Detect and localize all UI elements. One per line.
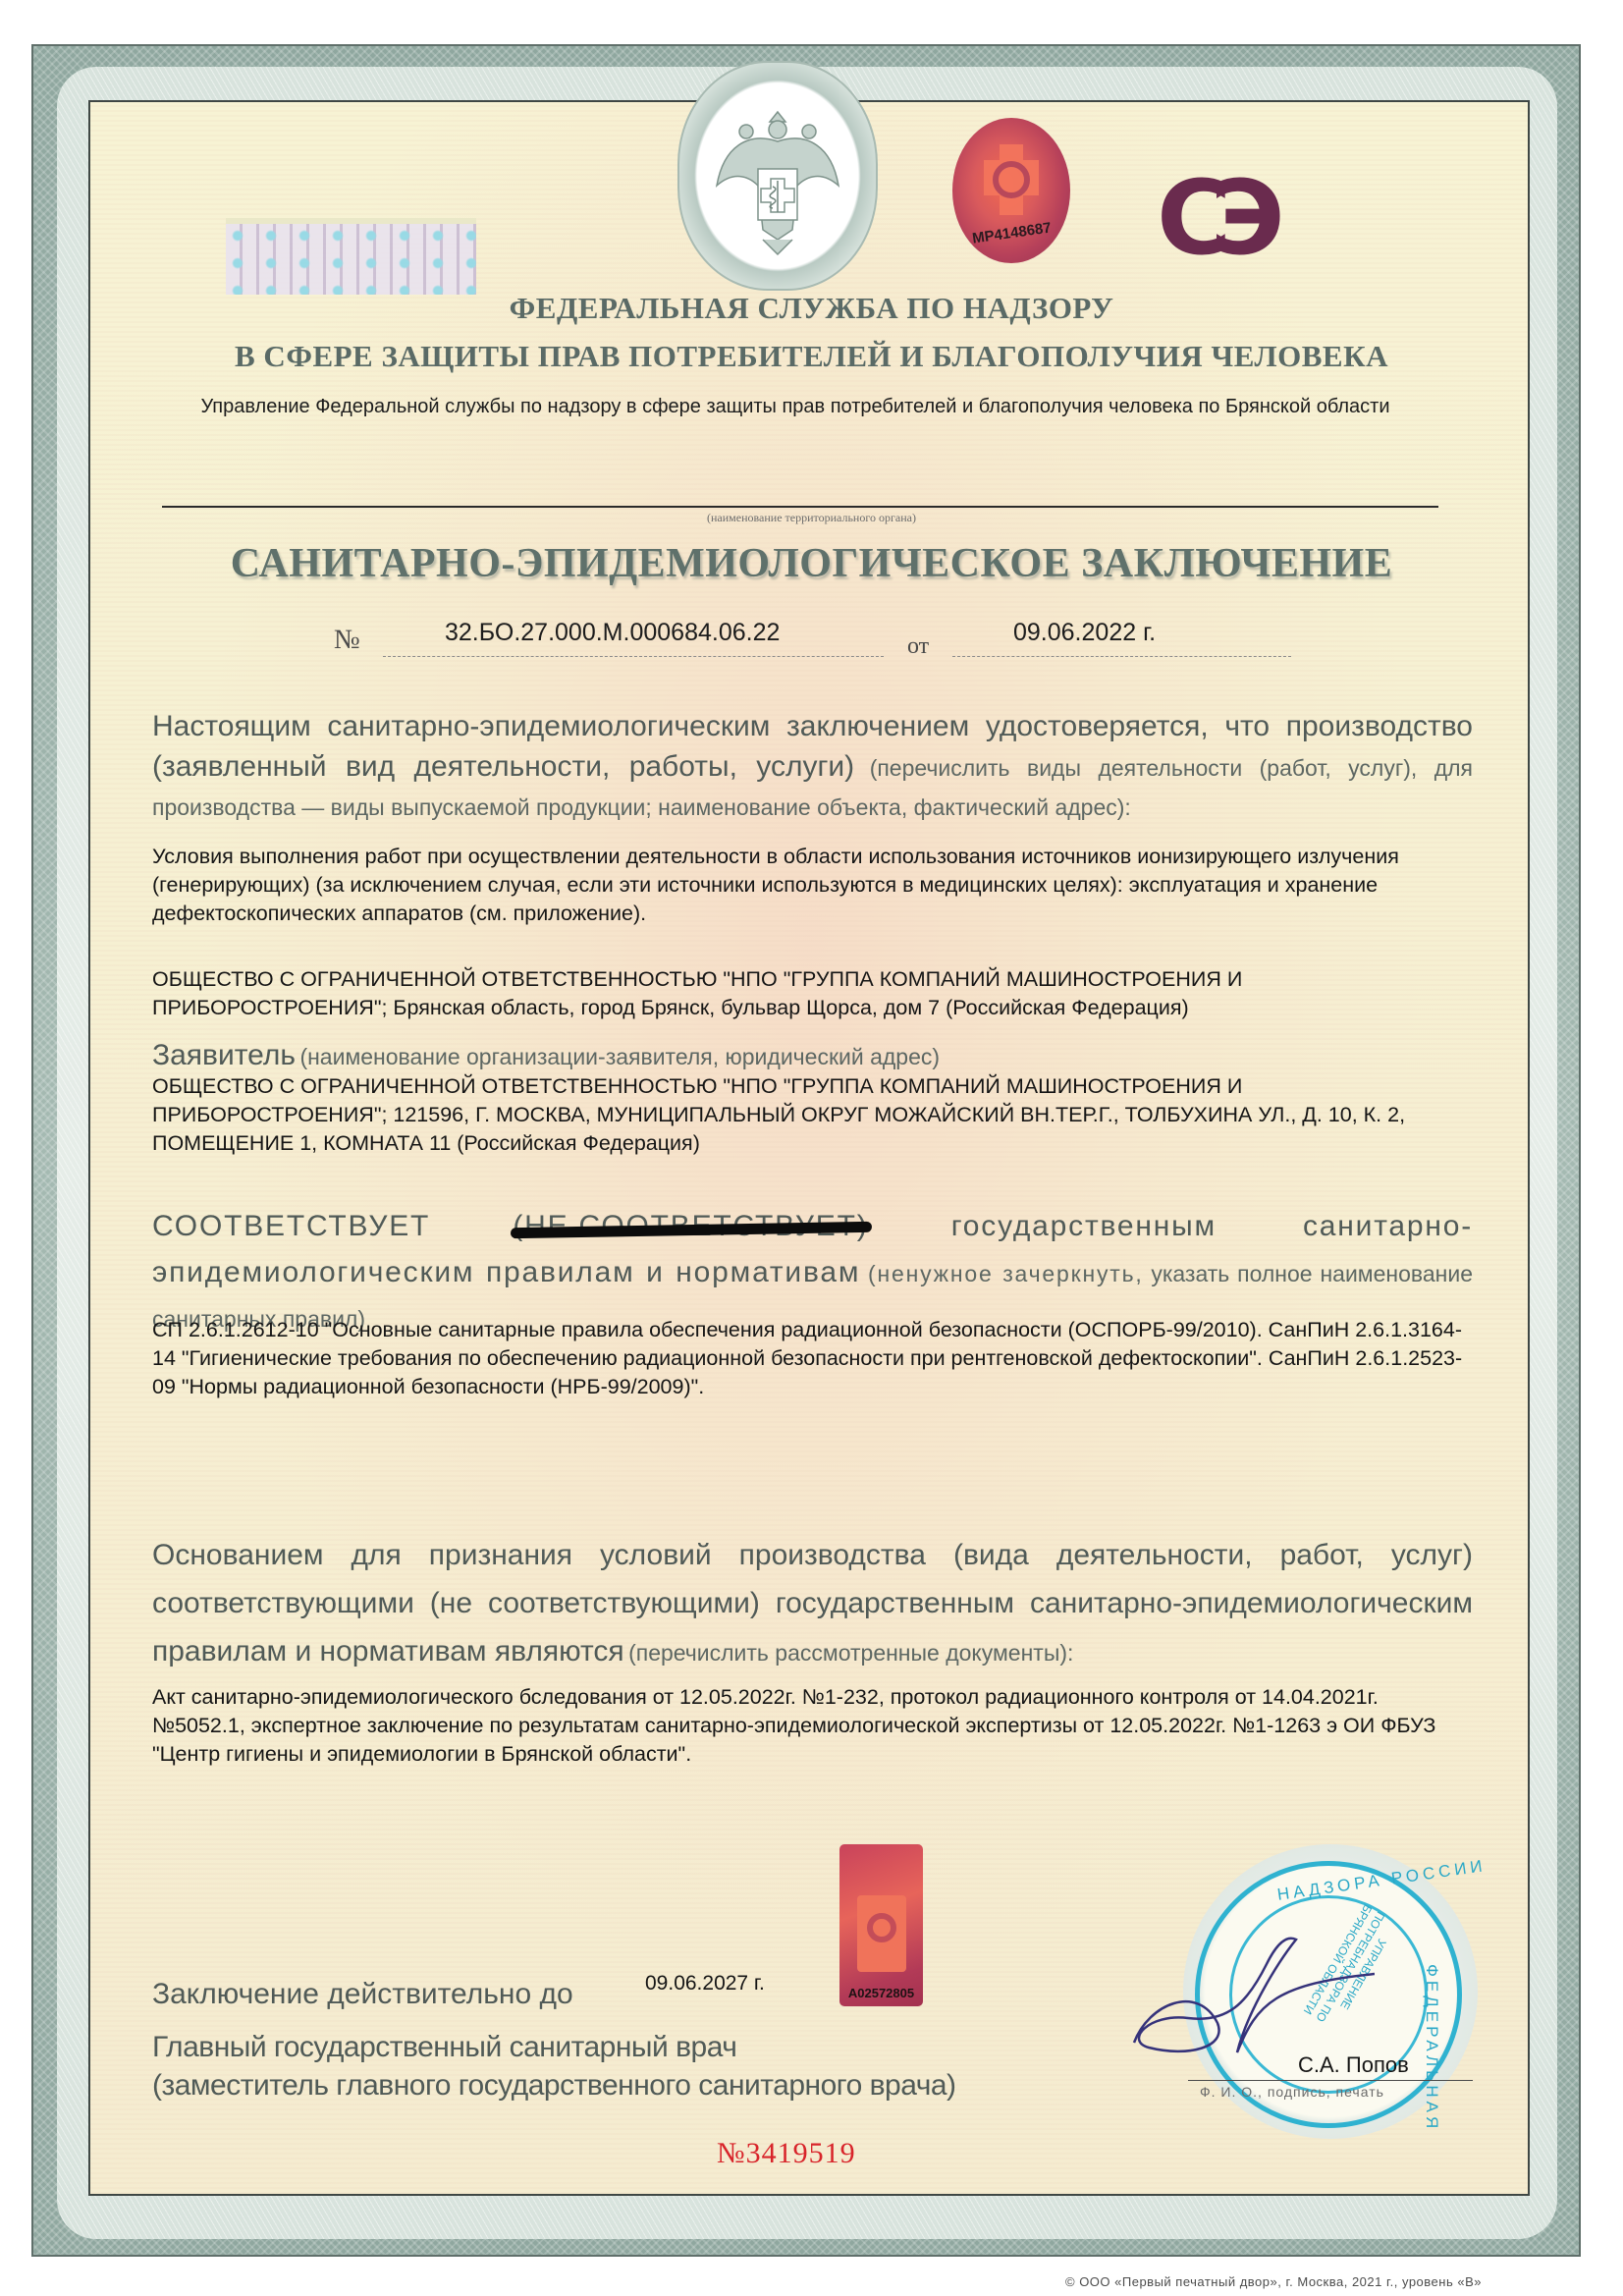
compliance-status: СООТВЕТСТВУЕТ <box>152 1210 430 1242</box>
printer-note: © ООО «Первый печатный двор», г. Москва,… <box>1065 2274 1482 2289</box>
applicant-value: ОБЩЕСТВО С ОГРАНИЧЕННОЙ ОТВЕТСТВЕННОСТЬЮ… <box>152 1072 1473 1158</box>
number-label: № <box>334 625 360 656</box>
sanitary-rules: СП 2.6.1.2612-10 "Основные санитарные пр… <box>152 1316 1473 1401</box>
rospotrebnadzor-cross-icon <box>972 140 1051 219</box>
double-headed-eagle-icon <box>709 92 846 259</box>
signatory-title-deputy: (заместитель главного государственного с… <box>152 2069 956 2103</box>
signer-name: С.А. Попов <box>1298 2052 1409 2078</box>
seal-text-right: ФЕДЕРАЛЬНАЯ <box>1422 1964 1441 2132</box>
document-date: 09.06.2022 г. <box>1013 619 1156 647</box>
territorial-body: Управление Федеральной службы по надзору… <box>137 393 1453 420</box>
handwritten-signature-icon <box>1129 1925 1375 2062</box>
compliance-struck-status: (НЕ СООТВЕТСТВУЕТ) <box>513 1206 868 1247</box>
number-underline <box>383 656 884 657</box>
date-label: от <box>907 633 929 660</box>
se-logo: СЭ <box>1157 167 1264 269</box>
signature-caption: Ф. И. О., подпись, печать <box>1200 2084 1384 2100</box>
security-hologram-strip <box>226 218 476 295</box>
basis-paragraph: Основанием для признания условий произво… <box>152 1534 1473 1678</box>
hologram-number: МР4148687 <box>971 219 1052 246</box>
applicant-label: Заявитель <box>152 1039 296 1071</box>
date-underline <box>952 656 1291 657</box>
signatory-title: Главный государственный санитарный врач <box>152 2031 736 2064</box>
hologram-sticker-top: МР4148687 <box>952 118 1070 263</box>
rospotrebnadzor-cross-icon <box>857 1895 906 1972</box>
document-title: САНИТАРНО-ЭПИДЕМИОЛОГИЧЕСКОЕ ЗАКЛЮЧЕНИЕ <box>0 540 1623 587</box>
document-number: 32.БО.27.000.М.000684.06.22 <box>445 619 780 647</box>
territorial-caption: (наименование территориального органа) <box>0 511 1623 525</box>
object-address: ОБЩЕСТВО С ОГРАНИЧЕННОЙ ОТВЕТСТВЕННОСТЬЮ… <box>152 965 1473 1022</box>
signature-line <box>1188 2080 1473 2081</box>
intro-paragraph: Настоящим санитарно-эпидемиологическим з… <box>152 709 1473 829</box>
applicant-hint: (наименование организации-заявителя, юри… <box>299 1044 940 1069</box>
basis-hint: (перечислить рассмотренные документы): <box>628 1640 1073 1666</box>
validity-date: 09.06.2027 г. <box>645 1972 765 1995</box>
basis-documents: Акт санитарно-эпидемиологического бследо… <box>152 1683 1473 1769</box>
form-serial-number: №3419519 <box>717 2137 856 2170</box>
hologram-number-bottom: А02572805 <box>848 1986 914 2000</box>
activity-description: Условия выполнения работ при осуществлен… <box>152 843 1473 928</box>
agency-name-line-1: ФЕДЕРАЛЬНАЯ СЛУЖБА ПО НАДЗОРУ <box>0 291 1623 326</box>
agency-name-line-2: В СФЕРЕ ЗАЩИТЫ ПРАВ ПОТРЕБИТЕЛЕЙ И БЛАГО… <box>0 339 1623 374</box>
validity-label: Заключение действительно до <box>152 1978 573 2011</box>
compliance-hint-1: (ненужное зачеркнуть, <box>868 1261 1144 1286</box>
hologram-sticker-bottom: А02572805 <box>839 1844 923 2006</box>
divider <box>162 506 1438 508</box>
emblem-eagle <box>677 61 878 291</box>
